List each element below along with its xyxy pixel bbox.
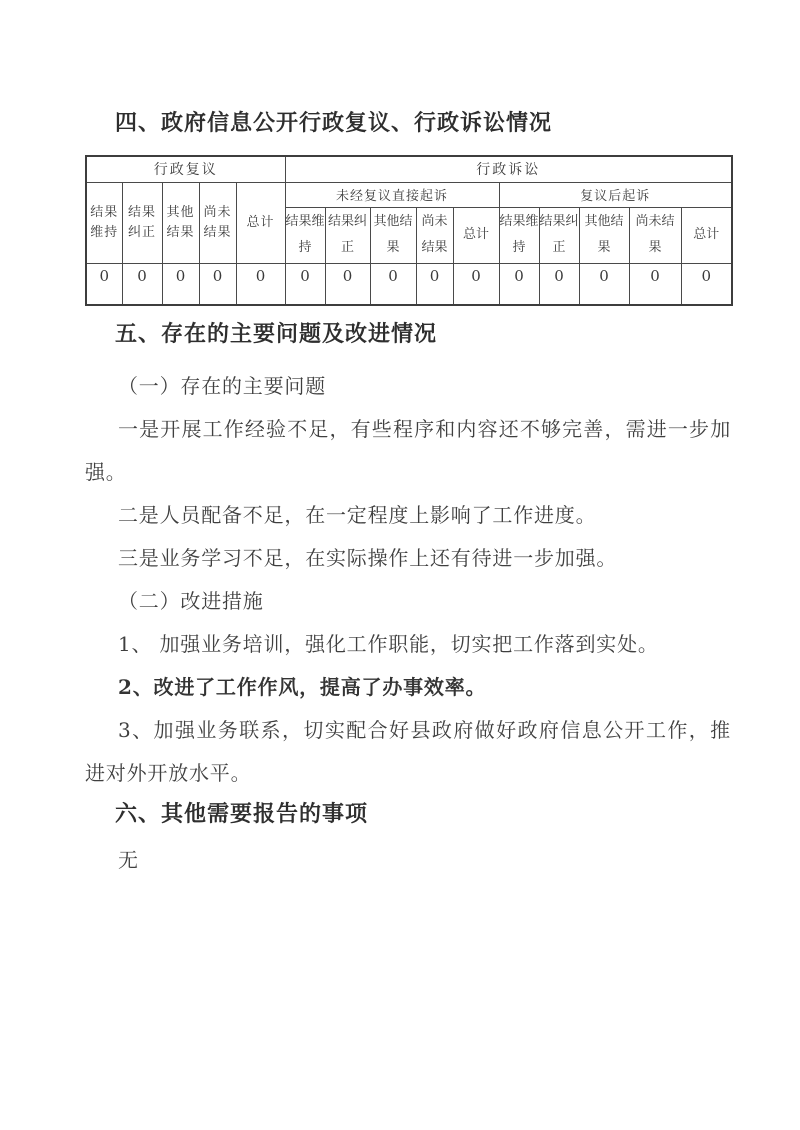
document-page: 四、政府信息公开行政复议、行政诉讼情况 行政复议 行政诉讼 结果维持 结果纠正 … [0,0,800,1130]
subgroup-header-after-review-suit: 复议后起诉 [499,182,732,207]
table-value-cell: 0 [370,263,416,305]
table-value-cell: 0 [86,263,122,305]
col-header-total: 总计 [681,207,732,263]
col-header-result-upheld: 结果维持 [285,207,325,263]
col-header-result-upheld: 结果维持 [499,207,539,263]
col-header-result-upheld: 结果维持 [86,182,122,263]
table-value-cell: 0 [681,263,732,305]
issue-3: 三是业务学习不足，在实际操作上还有待进一步加强。 [85,537,731,580]
col-header-other-result: 其他结果 [162,182,199,263]
group-header-admin-review: 行政复议 [86,156,285,182]
issue-2: 二是人员配备不足，在一定程度上影响了工作进度。 [85,494,731,537]
section-6-heading: 六、其他需要报告的事项 [115,797,731,831]
measure-1: 1、 加强业务培训，强化工作职能，切实把工作落到实处。 [85,623,731,666]
section-5-body: （一）存在的主要问题 一是开展工作经验不足，有些程序和内容还不够完善，需进一步加… [85,365,731,795]
document-content: 四、政府信息公开行政复议、行政诉讼情况 行政复议 行政诉讼 结果维持 结果纠正 … [85,106,731,882]
table-row-group-headers: 行政复议 行政诉讼 [86,156,732,182]
table-value-cell: 0 [325,263,370,305]
measure-2: 2、改进了工作作风，提高了办事效率。 [85,666,731,709]
group-header-admin-litigation: 行政诉讼 [285,156,732,182]
col-header-result-corrected: 结果纠正 [325,207,370,263]
col-header-pending-result: 尚未结果 [199,182,236,263]
col-header-other-result: 其他结果 [370,207,416,263]
section-6-content-none: 无 [85,839,731,882]
subgroup-header-direct-suit: 未经复议直接起诉 [285,182,499,207]
col-header-total: 总计 [236,182,285,263]
subheading-main-issues: （一）存在的主要问题 [85,365,731,408]
table-value-cell: 0 [579,263,629,305]
col-header-result-corrected: 结果纠正 [539,207,579,263]
measure-3: 3、加强业务联系，切实配合好县政府做好政府信息公开工作，推进对外开放水平。 [85,709,731,795]
section-5-heading: 五、存在的主要问题及改进情况 [115,317,731,351]
table-value-cell: 0 [629,263,681,305]
table-value-cell: 0 [453,263,499,305]
section-6-body: 无 [85,839,731,882]
table-value-cell: 0 [122,263,162,305]
table-row-values: 0 0 0 0 0 0 0 0 0 0 0 0 0 0 0 [86,263,732,305]
subheading-improvement-measures: （二）改进措施 [85,580,731,623]
col-header-pending-result: 尚未结果 [629,207,681,263]
table-value-cell: 0 [499,263,539,305]
section-4-heading: 四、政府信息公开行政复议、行政诉讼情况 [115,106,731,140]
table-value-cell: 0 [416,263,453,305]
col-header-pending-result: 尚未结果 [416,207,453,263]
admin-review-litigation-table: 行政复议 行政诉讼 结果维持 结果纠正 其他结果 尚未结果 总计 未经复议直接起… [85,155,733,306]
table-row-subgroup-headers: 结果维持 结果纠正 其他结果 尚未结果 总计 未经复议直接起诉 复议后起诉 [86,182,732,207]
table-value-cell: 0 [539,263,579,305]
table-value-cell: 0 [162,263,199,305]
table-value-cell: 0 [285,263,325,305]
table-value-cell: 0 [236,263,285,305]
issue-1: 一是开展工作经验不足，有些程序和内容还不够完善，需进一步加强。 [85,408,731,494]
col-header-result-corrected: 结果纠正 [122,182,162,263]
col-header-total: 总计 [453,207,499,263]
table-value-cell: 0 [199,263,236,305]
col-header-other-result: 其他结果 [579,207,629,263]
